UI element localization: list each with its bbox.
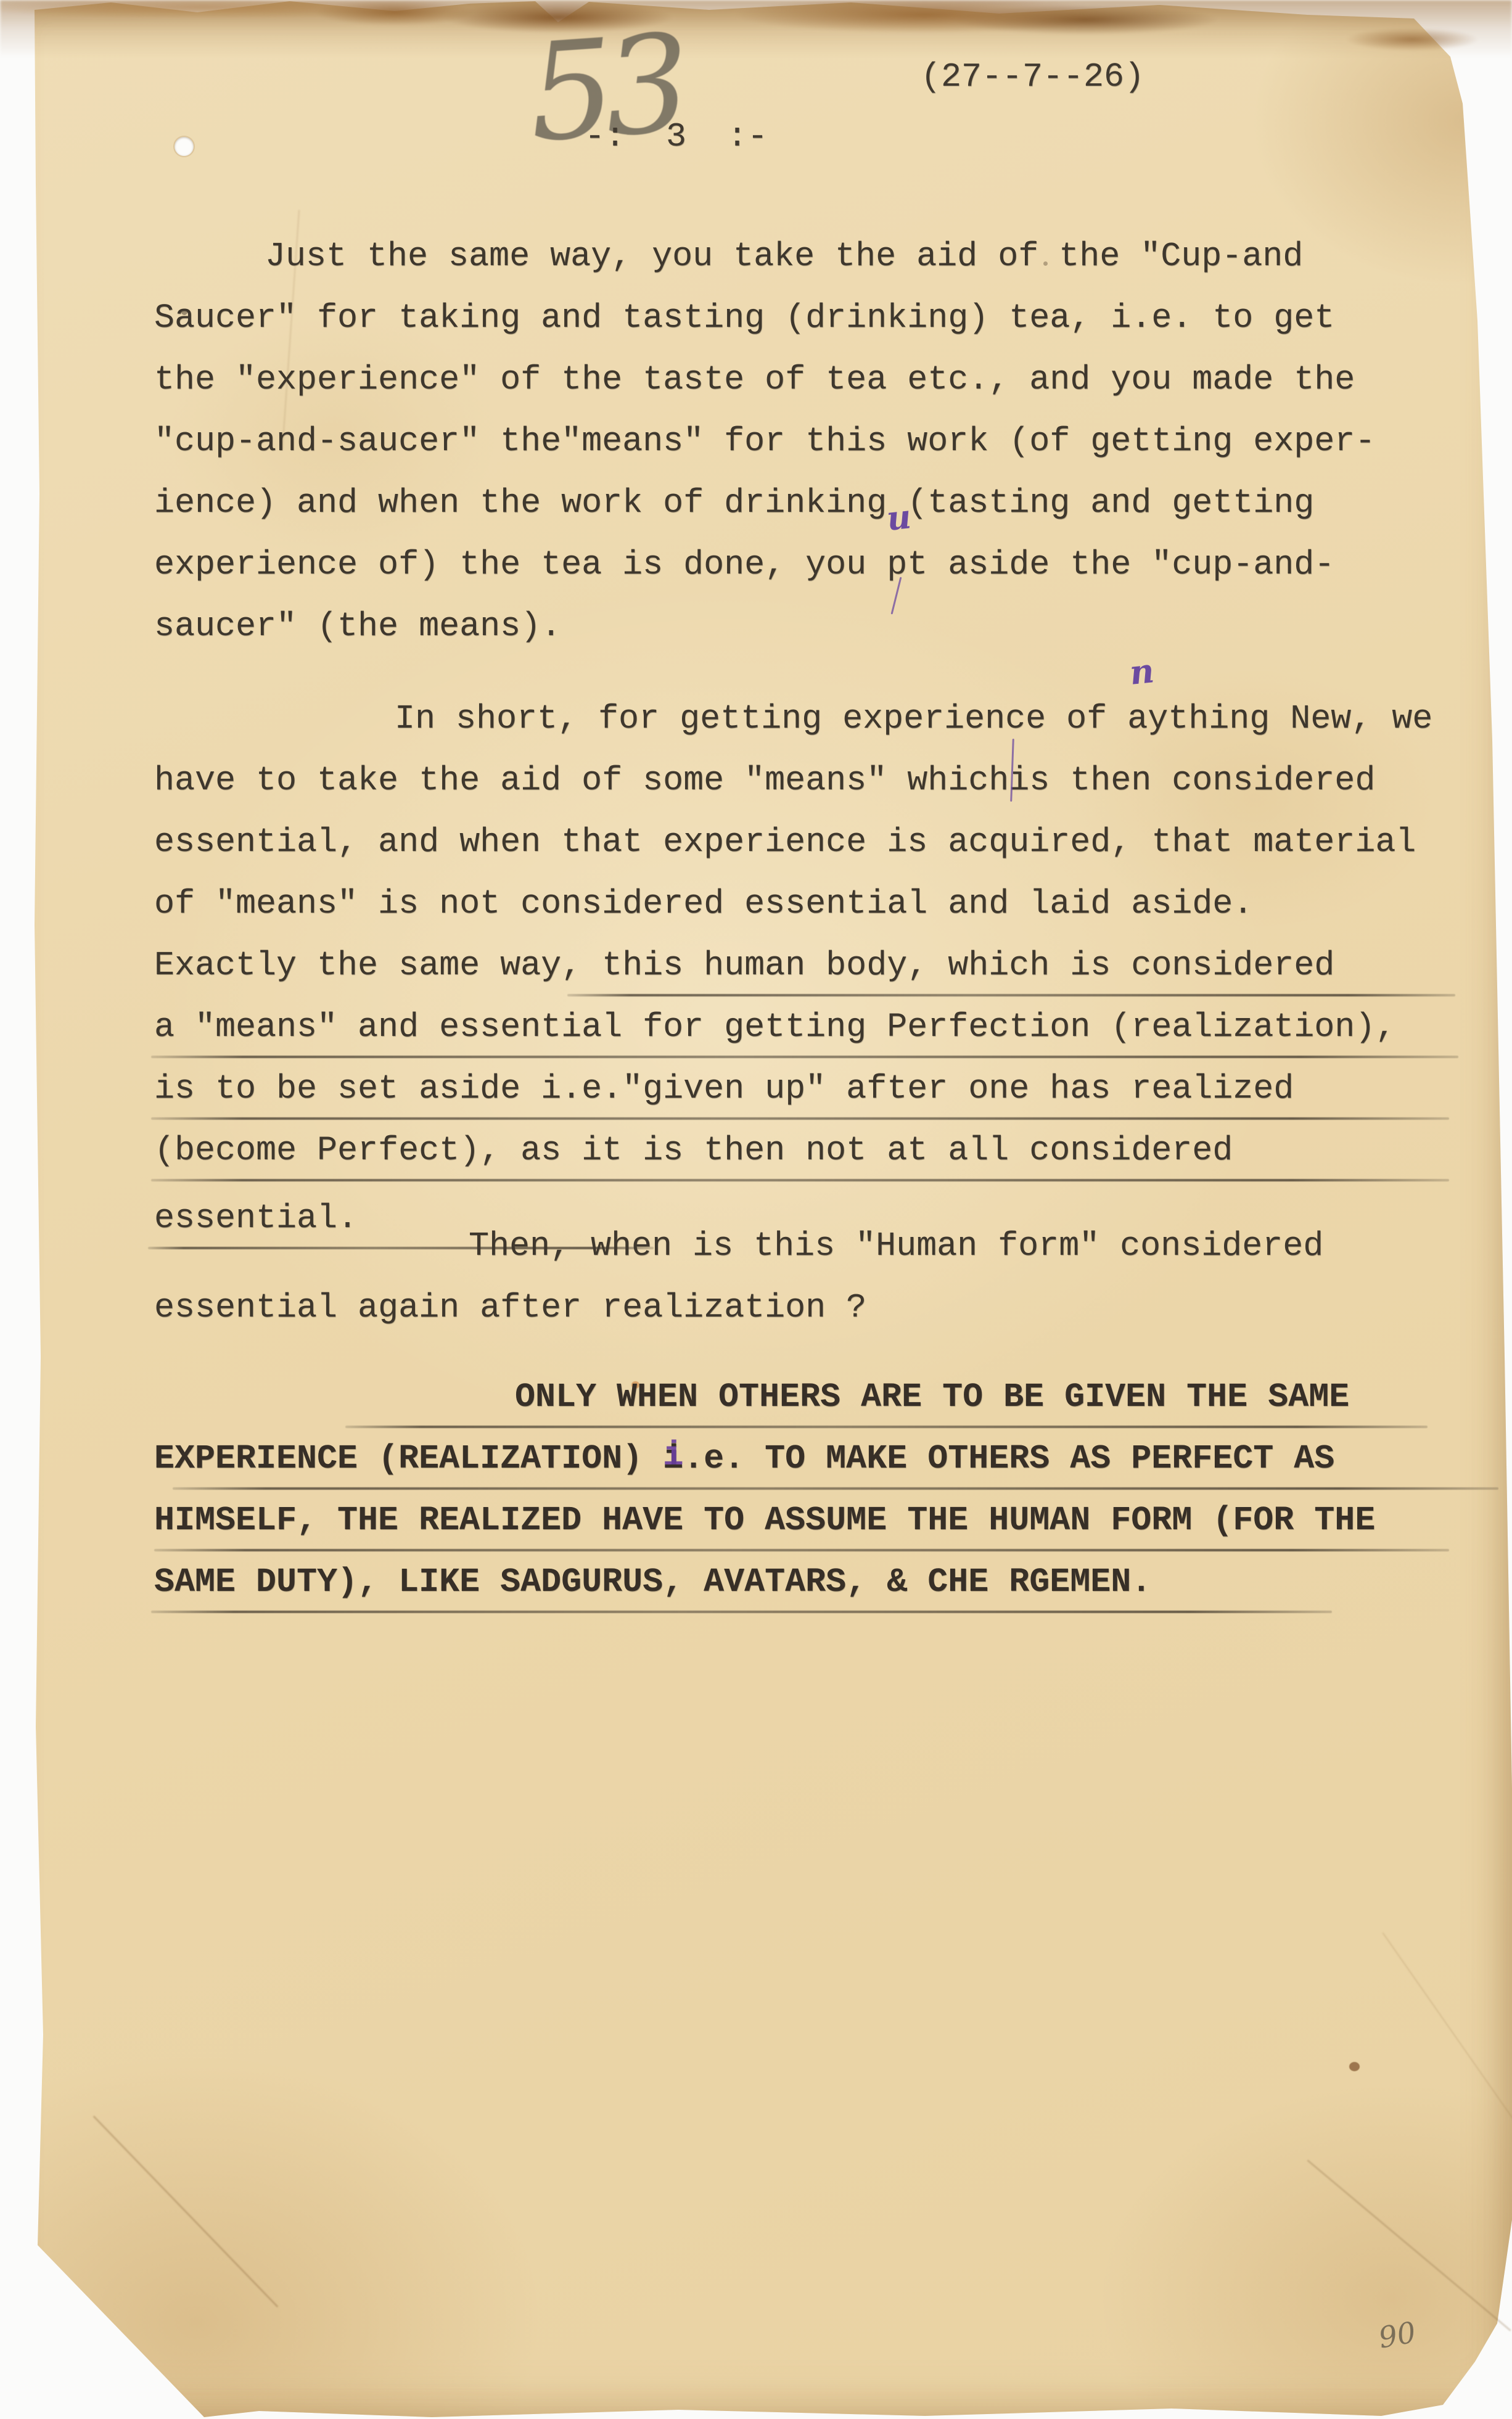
handwritten-insert-letter: n (1128, 654, 1156, 689)
typed-line: HIMSELF, THE REALIZED HAVE TO ASSUME THE… (154, 1501, 1375, 1540)
typed-underline (151, 1117, 1449, 1120)
typed-line: of "means" is not considered essential a… (154, 885, 1253, 923)
typed-line: EXPERIENCE (REALIZATION) i.e. TO MAKE OT… (154, 1440, 1334, 1478)
typed-underline (345, 1426, 1428, 1428)
typed-line: essential. (154, 1199, 358, 1238)
typed-line: "cup-and-saucer" the"means" for this wor… (154, 422, 1375, 461)
scanned-typewritten-page: { "page": { "pencil_number": "53", "type… (0, 0, 1512, 2419)
typed-line: saucer" (the means). (154, 607, 561, 646)
typed-line: Then, when is this "Human form" consider… (469, 1227, 1323, 1265)
stain-speck (1349, 2062, 1360, 2071)
typed-line: Exactly the same way, this human body, w… (154, 947, 1334, 985)
typed-underline (151, 1611, 1332, 1613)
typed-line: In short, for getting experience of ayth… (395, 700, 1432, 738)
typed-line: have to take the aid of some "means" whi… (154, 762, 1375, 800)
handwritten-insert-letter: u (885, 499, 913, 535)
typed-underline (567, 994, 1455, 996)
punch-hole (175, 137, 194, 156)
typed-underline (151, 1056, 1458, 1058)
typed-date: (27--7--26) (921, 59, 1144, 96)
typed-underline (173, 1487, 1498, 1490)
typed-line: SAME DUTY), LIKE SADGURUS, AVATARS, & CH… (154, 1563, 1151, 1601)
typed-line: is to be set aside i.e."given up" after … (154, 1070, 1294, 1108)
corner-pencil-number: 90 (1376, 2315, 1418, 2355)
typed-line: ONLY WHEN OTHERS ARE TO BE GIVEN THE SAM… (515, 1378, 1349, 1416)
typed-line: Just the same way, you take the aid of t… (265, 237, 1303, 276)
typed-line: the "experience" of the taste of tea etc… (154, 361, 1355, 399)
typed-line: essential again after realization ? (154, 1289, 866, 1327)
typed-underline (151, 1179, 1449, 1181)
typed-line: (become Perfect), as it is then not at a… (154, 1131, 1233, 1170)
typed-page-number: -: 3 :- (585, 118, 768, 156)
handwritten-overwrite-letter: i (663, 1438, 684, 1472)
typed-line: essential, and when that experience is a… (154, 823, 1416, 861)
typed-line: ience) and when the work of drinking (ta… (154, 484, 1314, 522)
typed-line: Saucer" for taking and tasting (drinking… (154, 299, 1334, 337)
typed-underline (154, 1549, 1449, 1551)
typed-line: a "means" and essential for getting Perf… (154, 1008, 1395, 1046)
paper-stain-top-edge (0, 0, 1512, 68)
typed-line: experience of) the tea is done, you pt a… (154, 546, 1334, 584)
